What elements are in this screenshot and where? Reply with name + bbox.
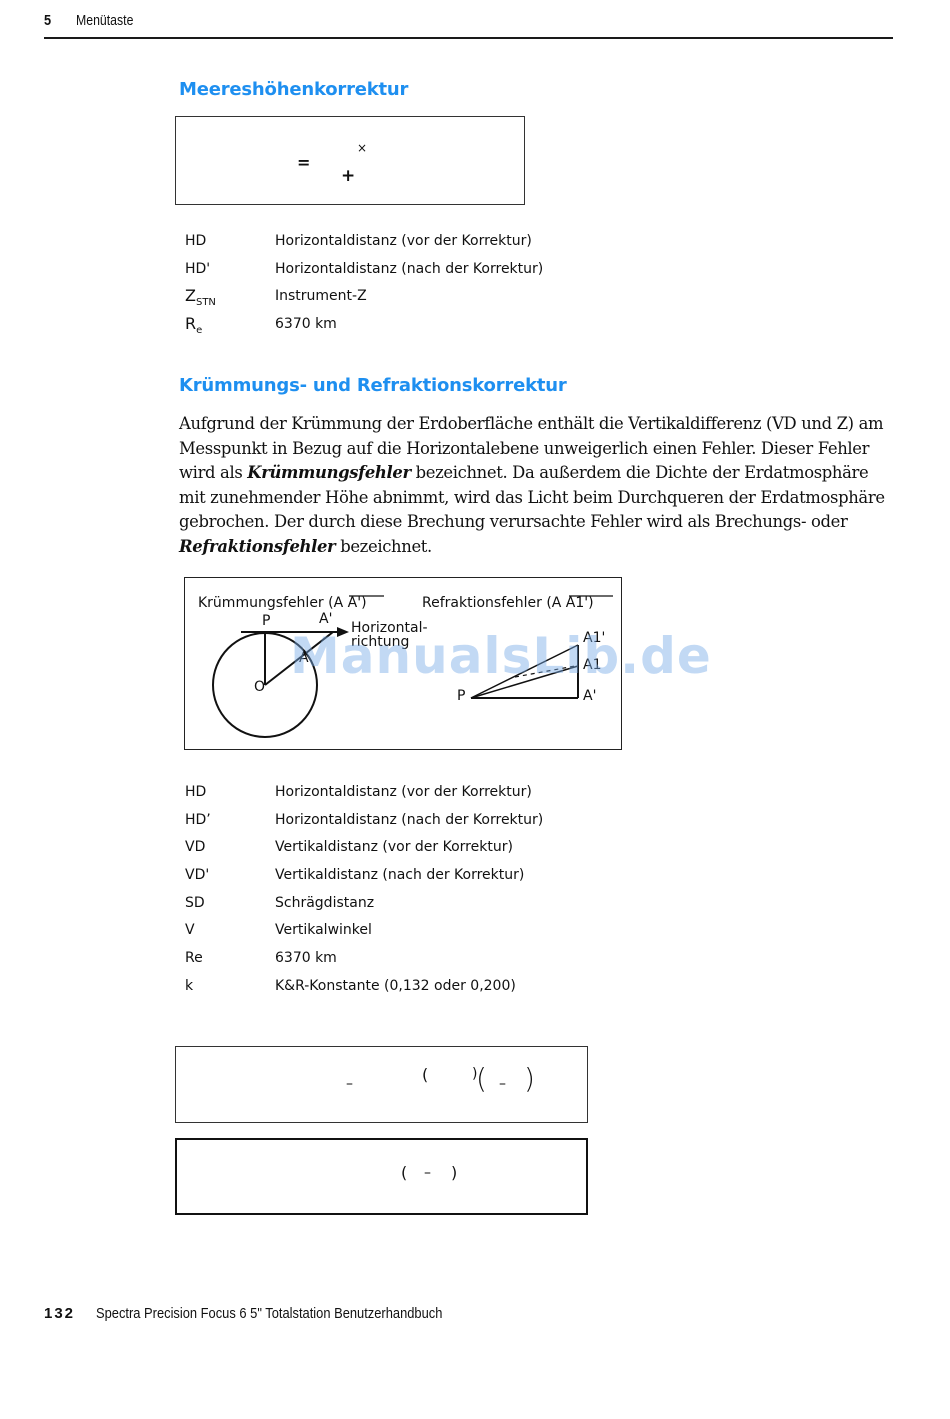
definition-description: Schrägdistanz xyxy=(275,895,374,911)
definition-description: Vertikaldistanz (vor der Korrektur) xyxy=(275,839,513,855)
formula-left-paren: ( xyxy=(422,1067,428,1083)
caption-text: ) xyxy=(588,595,593,611)
formula-minus-sign: – xyxy=(424,1166,431,1180)
label-o: O xyxy=(254,680,265,694)
formula-left-paren: ( xyxy=(401,1165,407,1181)
definition-description: 6370 km xyxy=(275,316,337,332)
term-curvature-error: Krümmungsfehler xyxy=(247,463,410,482)
symbol-text: R xyxy=(185,314,196,333)
definition-symbol: V xyxy=(185,922,195,938)
label-p-right: P xyxy=(457,689,465,703)
definition-symbol: HD xyxy=(185,233,206,249)
formula-plus-sign: + xyxy=(341,168,355,185)
definition-symbol: HD' xyxy=(185,261,210,277)
chapter-title: Menütaste xyxy=(76,12,133,29)
definition-symbol: Re xyxy=(185,314,202,336)
definition-description: Horizontaldistanz (vor der Korrektur) xyxy=(275,233,532,249)
definition-description: Horizontaldistanz (nach der Korrektur) xyxy=(275,812,543,828)
formula-box-sea-level: = × + xyxy=(175,116,525,205)
formula-box-vd-correction: – ( ) ( – ) xyxy=(175,1046,588,1123)
section-title-sea-level-correction: Meereshöhenkorrektur xyxy=(179,79,408,100)
paragraph-text: bezeichnet. xyxy=(335,537,432,556)
page-footer: 132 Spectra Precision Focus 6 5" Totalst… xyxy=(44,1305,75,1322)
segment-label: A A' xyxy=(334,595,361,611)
definition-description: Vertikaldistanz (nach der Korrektur) xyxy=(275,867,524,883)
body-paragraph: Aufgrund der Krümmung der Erdoberfläche … xyxy=(179,412,894,560)
term-refraction-error: Refraktionsfehler xyxy=(179,537,335,556)
formula-box-hd-correction: ( – ) xyxy=(175,1138,588,1215)
formula-equals-sign: = xyxy=(297,155,310,171)
formula-left-paren-large: ( xyxy=(476,1065,487,1093)
chapter-number: 5 xyxy=(44,12,51,29)
definition-description: K&R-Konstante (0,132 oder 0,200) xyxy=(275,978,516,994)
refraction-caption: Refraktionsfehler (A A1') xyxy=(422,596,594,610)
formula-minus-sign: – xyxy=(346,1077,353,1091)
caption-text: ) xyxy=(361,595,366,611)
page-number: 132 xyxy=(44,1305,75,1322)
definition-symbol: VD' xyxy=(185,867,209,883)
label-a-prime-right: A' xyxy=(583,689,596,703)
definition-symbol: HD xyxy=(185,784,206,800)
curvature-caption: Krümmungsfehler (A A') xyxy=(198,596,367,610)
definition-symbol: ZSTN xyxy=(185,286,216,308)
label-a-prime-left: A' xyxy=(319,612,332,626)
label-p-left: P xyxy=(262,614,270,628)
formula-right-paren: ) xyxy=(451,1165,457,1181)
definition-symbol: HD’ xyxy=(185,812,211,828)
definition-symbol: VD xyxy=(185,839,205,855)
page-header: 5 Menütaste xyxy=(44,11,893,39)
formula-minus-sign: – xyxy=(499,1077,506,1091)
segment-label: A A1' xyxy=(552,595,588,611)
definition-symbol: SD xyxy=(185,895,205,911)
formula-right-paren-large: ) xyxy=(524,1065,535,1093)
section-title-curvature-refraction: Krümmungs- und Refraktionskorrektur xyxy=(179,375,567,396)
caption-text: Krümmungsfehler ( xyxy=(198,595,334,611)
symbol-subscript: STN xyxy=(196,297,216,308)
symbol-text: HD xyxy=(185,233,206,249)
symbol-text: Z xyxy=(185,286,196,305)
watermark: ManualsLib.de xyxy=(290,627,712,685)
definition-description: Horizontaldistanz (nach der Korrektur) xyxy=(275,261,543,277)
definition-description: Horizontaldistanz (vor der Korrektur) xyxy=(275,784,532,800)
definition-description: Instrument-Z xyxy=(275,288,367,304)
formula-times-sign: × xyxy=(357,142,367,154)
definition-symbol: k xyxy=(185,978,193,994)
symbol-text: HD' xyxy=(185,261,210,277)
caption-text: Refraktionsfehler ( xyxy=(422,595,552,611)
definition-description: Vertikalwinkel xyxy=(275,922,372,938)
definition-symbol: Re xyxy=(185,950,203,966)
symbol-subscript: e xyxy=(196,325,202,336)
document-title: Spectra Precision Focus 6 5" Totalstatio… xyxy=(96,1305,442,1322)
definition-description: 6370 km xyxy=(275,950,337,966)
